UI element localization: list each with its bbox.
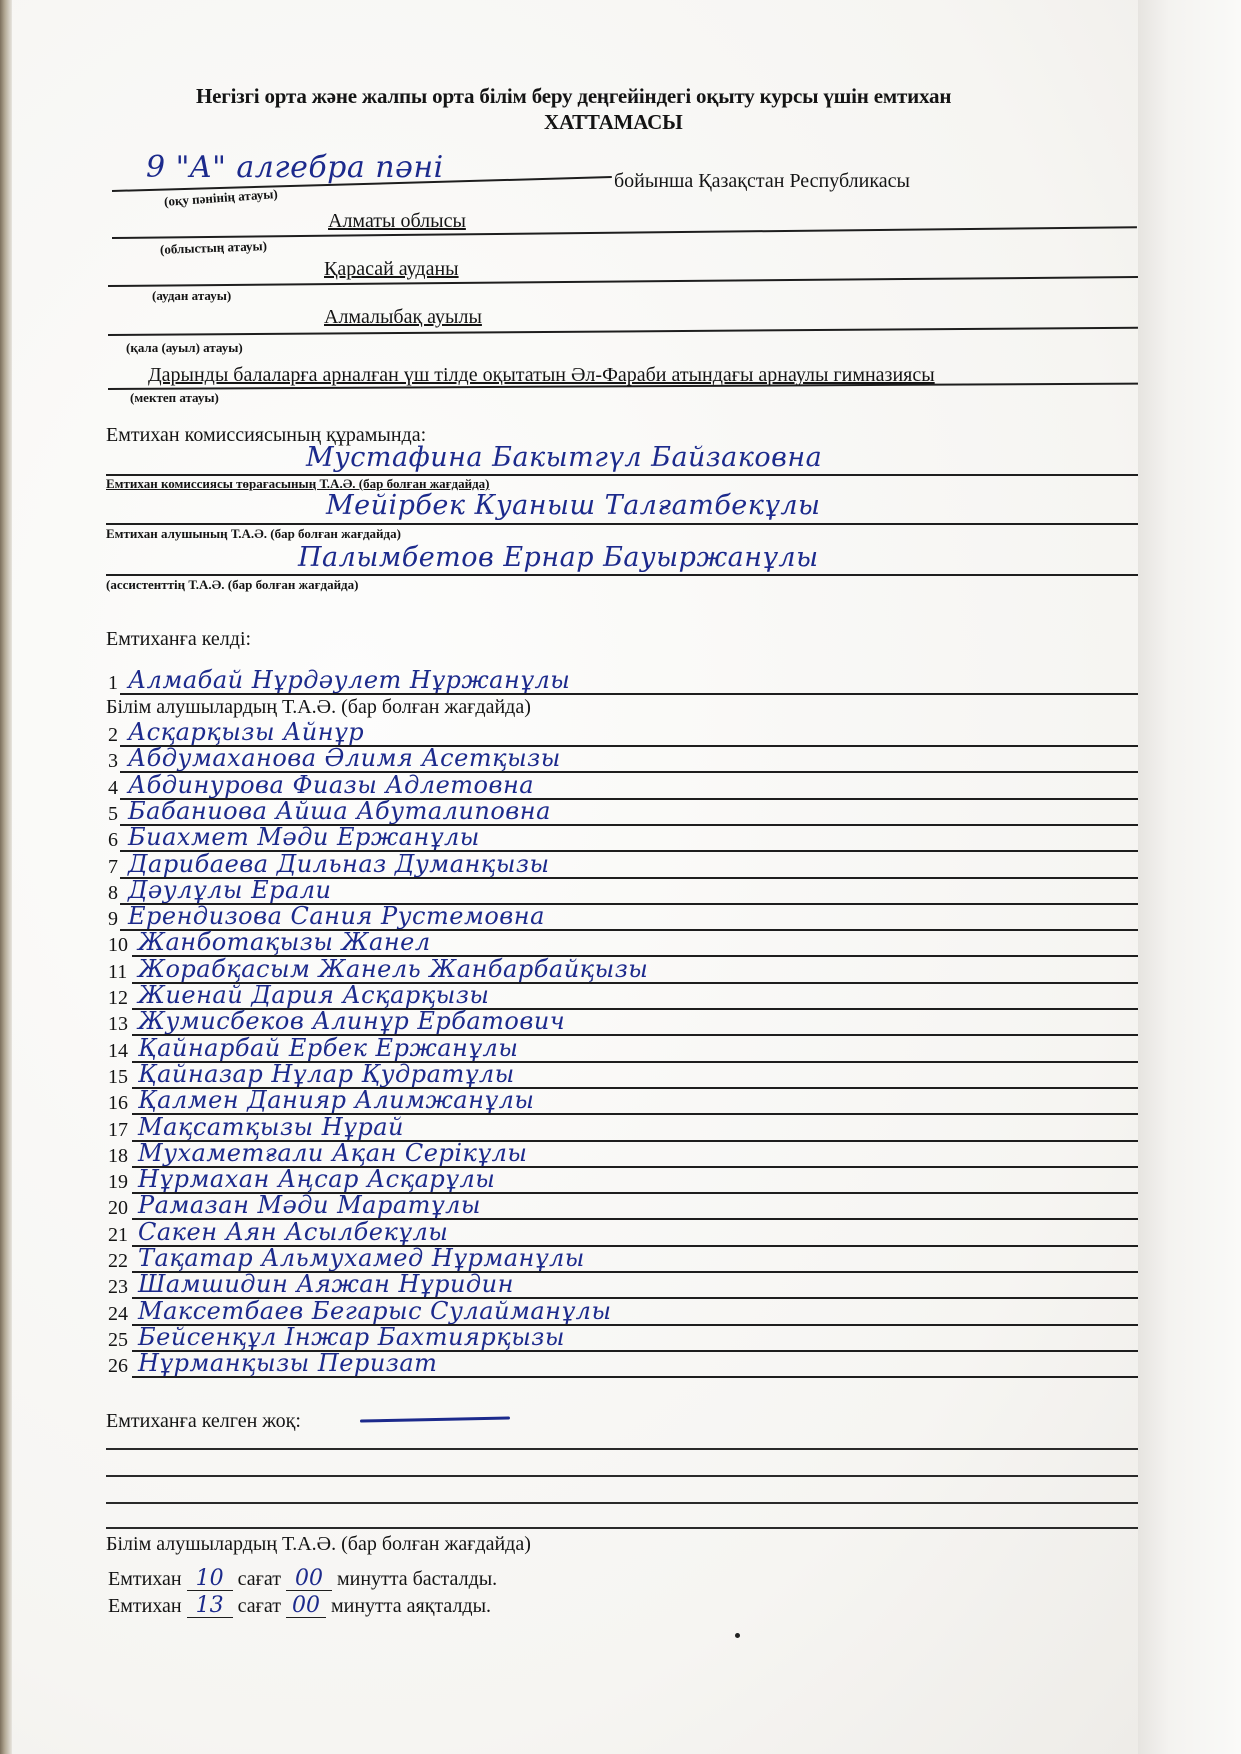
- student-number: 4: [108, 777, 118, 800]
- document-title: Негізгі орта және жалпы орта білім беру …: [196, 84, 951, 109]
- student-name: Мухаметғали Ақан Серікұлы: [138, 1139, 527, 1167]
- document-subtitle: ХАТТАМАСЫ: [544, 110, 683, 135]
- start-prefix: Емтихан: [108, 1568, 182, 1590]
- student-line: [132, 1376, 1138, 1378]
- attended-heading: Емтиханға келді:: [106, 628, 251, 651]
- student-name: Қалмен Данияр Алимжанұлы: [138, 1086, 534, 1114]
- student-number: 22: [108, 1250, 128, 1273]
- student-number: 7: [108, 856, 118, 879]
- district-value: Қарасай ауданы: [324, 258, 459, 281]
- absent-line-1: [106, 1448, 1138, 1450]
- ink-speck: [735, 1633, 740, 1638]
- student-number: 6: [108, 829, 118, 852]
- student-number: 15: [108, 1066, 128, 1089]
- student-name: Сакен Аян Асылбекұлы: [138, 1218, 448, 1246]
- end-minute: 00: [286, 1595, 326, 1618]
- start-minute: 00: [286, 1568, 332, 1591]
- student-number: 19: [108, 1171, 128, 1194]
- student-name: Нұрмахан Аңсар Асқарұлы: [138, 1165, 495, 1193]
- student-name: Шамшидин Аяжан Нұридин: [138, 1270, 514, 1298]
- student-name: Жиенай Дария Асқарқызы: [138, 981, 489, 1009]
- student-number: 10: [108, 934, 128, 957]
- student-number: 25: [108, 1329, 128, 1352]
- start-hour: 10: [187, 1568, 233, 1591]
- end-suffix: минутта аяқталды.: [331, 1595, 491, 1617]
- absent-caption: Білім алушылардың Т.А.Ә. (бар болған жағ…: [106, 1533, 531, 1556]
- end-prefix: Емтихан: [108, 1595, 182, 1617]
- student-name: Дәулұлы Ерали: [128, 876, 332, 904]
- absent-line-3: [106, 1502, 1138, 1504]
- absent-heading: Емтиханға келген жоқ:: [106, 1410, 301, 1433]
- student-name: Бейсенқұл Інжар Бахтиярқызы: [138, 1323, 565, 1351]
- student-number: 20: [108, 1197, 128, 1220]
- absent-line-4: [106, 1527, 1138, 1529]
- region-value: Алматы облысы: [328, 210, 466, 233]
- start-suffix: минутта басталды.: [337, 1568, 497, 1590]
- attended-caption: Білім алушылардың Т.А.Ә. (бар болған жағ…: [106, 696, 531, 719]
- commission-assistant-caption: (ассистенттің Т.А.Ә. (бар болған жағдайд…: [106, 577, 358, 593]
- student-name: Абдумаханова Әлимя Асетқызы: [128, 744, 561, 772]
- commission-assistant-line: [106, 574, 1138, 576]
- student-name: Максетбаев Бегарыс Сулайманұлы: [138, 1297, 612, 1325]
- student-number: 13: [108, 1013, 128, 1036]
- student-name: Нұрманқызы Перизат: [138, 1349, 437, 1377]
- end-hour-label: сағат: [238, 1595, 281, 1617]
- settlement-value: Алмалыбақ ауылы: [324, 306, 482, 329]
- commission-chair-value: Мустафина Бакытгүл Байзаковна: [306, 442, 822, 473]
- district-caption: (аудан атауы): [152, 288, 231, 304]
- student-number: 12: [108, 987, 128, 1010]
- student-name: Ерендизова Сания Рустемовна: [128, 902, 545, 930]
- absent-line-2: [106, 1475, 1138, 1477]
- student-number: 11: [108, 961, 127, 984]
- start-hour-label: сағат: [238, 1568, 281, 1590]
- student-number: 21: [108, 1224, 128, 1247]
- student-name: Қайназар Нұлар Қудратұлы: [138, 1060, 515, 1088]
- student-name: Биахмет Мәди Ержанұлы: [128, 823, 480, 851]
- student-name: Жумисбеков Алинұр Ербатович: [138, 1007, 565, 1035]
- student-number: 26: [108, 1355, 128, 1378]
- student-number: 9: [108, 908, 118, 931]
- commission-assistant-value: Палымбетов Ернар Бауыржанұлы: [298, 542, 819, 573]
- student-number: 18: [108, 1145, 128, 1168]
- student-name: Алмабай Нұрдәулет Нұржанұлы: [128, 666, 570, 694]
- student-name: Қайнарбай Ербек Ержанұлы: [138, 1034, 518, 1062]
- student-number: 16: [108, 1092, 128, 1115]
- student-number: 17: [108, 1119, 128, 1142]
- commission-examiner-caption: Емтихан алушының Т.А.Ә. (бар болған жағд…: [106, 526, 401, 542]
- student-number: 3: [108, 750, 118, 773]
- start-time-row: Емтихан 10 сағат 00 минутта басталды.: [108, 1568, 497, 1591]
- student-name: Абдинурова Фиазы Адлетовна: [128, 771, 534, 799]
- student-number: 8: [108, 882, 118, 905]
- student-number: 14: [108, 1040, 128, 1063]
- end-time-row: Емтихан 13 сағат 00 минутта аяқталды.: [108, 1595, 491, 1618]
- student-name: Мақсатқызы Нұрай: [138, 1113, 404, 1141]
- student-name: Рамазан Мәди Маратұлы: [138, 1191, 481, 1219]
- student-name: Тақатар Альмухамед Нұрманұлы: [138, 1244, 585, 1272]
- student-name: Жанботақызы Жанел: [138, 928, 431, 956]
- student-name: Бабаниова Айша Абуталиповна: [128, 797, 551, 825]
- settlement-caption: (қала (ауыл) атауы): [126, 340, 243, 356]
- end-hour: 13: [187, 1595, 233, 1618]
- commission-examiner-line: [106, 523, 1138, 525]
- student-name: Жорабқасым Жанель Жанбарбайқызы: [138, 955, 648, 983]
- subject-suffix: бойынша Қазақстан Республикасы: [614, 170, 910, 193]
- student-name: Дарибаева Дильназ Думанқызы: [128, 850, 550, 878]
- student-number: 23: [108, 1276, 128, 1299]
- student-name: Асқарқызы Айнұр: [128, 718, 364, 746]
- student-number: 1: [108, 672, 118, 695]
- school-caption: (мектеп атауы): [130, 390, 219, 406]
- student-line: [120, 693, 1138, 695]
- commission-examiner-value: Мейірбек Куаныш Талғатбекұлы: [326, 490, 821, 521]
- student-number: 24: [108, 1303, 128, 1326]
- subject-value: 9 "A" алгебра пәні: [146, 150, 444, 185]
- student-number: 2: [108, 724, 118, 747]
- paper-left-edge: [0, 0, 12, 1754]
- student-number: 5: [108, 803, 118, 826]
- paper-right-edge: [1138, 0, 1241, 1754]
